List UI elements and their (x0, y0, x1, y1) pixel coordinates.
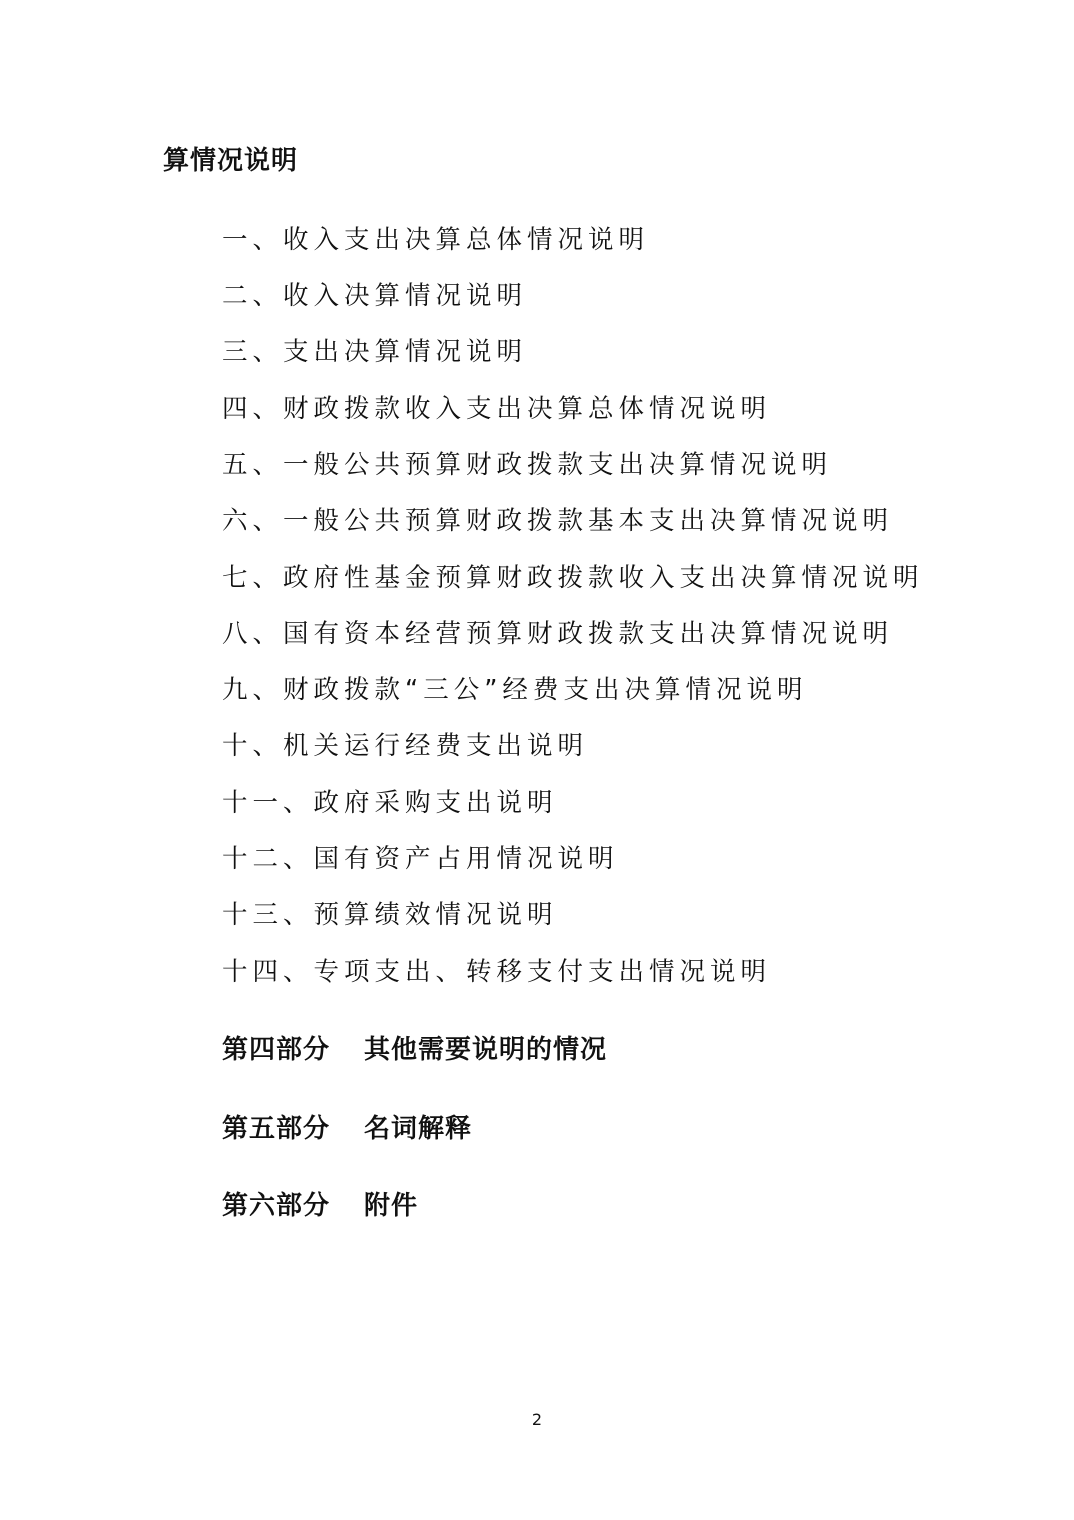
toc-item-text: 收入支出决算总体情况说明 (283, 225, 649, 255)
toc-item: 六、一般公共预算财政拨款基本支出决算情况说明 (222, 501, 893, 537)
toc-item-number: 二、 (222, 281, 283, 311)
part-label: 第五部分 (222, 1114, 330, 1144)
toc-item: 九、财政拨款“三公”经费支出决算情况说明 (222, 670, 807, 706)
toc-item-text: 机关运行经费支出说明 (283, 731, 588, 761)
toc-item-number: 一、 (222, 225, 283, 255)
toc-item-number: 九、 (222, 675, 283, 705)
toc-item-text: 专项支出、转移支付支出情况说明 (314, 957, 772, 987)
part-title: 名词解释 (364, 1114, 472, 1144)
toc-item: 一、收入支出决算总体情况说明 (222, 220, 649, 256)
page-number: 2 (0, 1410, 1074, 1429)
toc-item: 七、政府性基金预算财政拨款收入支出决算情况说明 (222, 558, 924, 594)
part-title: 附件 (364, 1191, 418, 1221)
part-heading: 第四部分其他需要说明的情况 (222, 1029, 607, 1066)
toc-item: 五、一般公共预算财政拨款支出决算情况说明 (222, 445, 832, 481)
toc-item: 十二、国有资产占用情况说明 (222, 839, 619, 875)
toc-item: 十、机关运行经费支出说明 (222, 726, 588, 762)
toc-item-text: 支出决算情况说明 (283, 337, 527, 367)
toc-item-number: 三、 (222, 337, 283, 367)
section-heading: 算情况说明 (163, 140, 298, 177)
part-heading: 第六部分附件 (222, 1185, 418, 1222)
toc-item-text: 收入决算情况说明 (283, 281, 527, 311)
toc-item-number: 十二、 (222, 844, 314, 874)
toc-item: 四、财政拨款收入支出决算总体情况说明 (222, 389, 771, 425)
part-label: 第四部分 (222, 1035, 330, 1065)
toc-item-text: 一般公共预算财政拨款支出决算情况说明 (283, 450, 832, 480)
toc-item-number: 六、 (222, 506, 283, 536)
toc-item: 十三、预算绩效情况说明 (222, 895, 558, 931)
toc-item: 十一、政府采购支出说明 (222, 783, 558, 819)
toc-item-text: 政府采购支出说明 (314, 788, 558, 818)
toc-item-text: 国有资产占用情况说明 (314, 844, 619, 874)
toc-item: 二、收入决算情况说明 (222, 276, 527, 312)
toc-item: 八、国有资本经营预算财政拨款支出决算情况说明 (222, 614, 893, 650)
toc-item-number: 十四、 (222, 957, 314, 987)
toc-item-text: 预算绩效情况说明 (314, 900, 558, 930)
toc-item-text: 政府性基金预算财政拨款收入支出决算情况说明 (283, 563, 924, 593)
toc-item-number: 五、 (222, 450, 283, 480)
toc-item-number: 十、 (222, 731, 283, 761)
toc-item-text: 国有资本经营预算财政拨款支出决算情况说明 (283, 619, 893, 649)
toc-item-number: 十一、 (222, 788, 314, 818)
toc-item: 三、支出决算情况说明 (222, 332, 527, 368)
toc-item-text: 财政拨款收入支出决算总体情况说明 (283, 394, 771, 424)
toc-item-number: 四、 (222, 394, 283, 424)
part-title: 其他需要说明的情况 (364, 1035, 607, 1065)
toc-item-text: 财政拨款“三公”经费支出决算情况说明 (283, 675, 807, 705)
toc-item-number: 十三、 (222, 900, 314, 930)
toc-item-number: 八、 (222, 619, 283, 649)
toc-item-number: 七、 (222, 563, 283, 593)
toc-item-text: 一般公共预算财政拨款基本支出决算情况说明 (283, 506, 893, 536)
document-page: 算情况说明 一、收入支出决算总体情况说明 二、收入决算情况说明 三、支出决算情况… (0, 0, 1074, 1520)
part-heading: 第五部分名词解释 (222, 1108, 472, 1145)
part-label: 第六部分 (222, 1191, 330, 1221)
toc-item: 十四、专项支出、转移支付支出情况说明 (222, 952, 771, 988)
